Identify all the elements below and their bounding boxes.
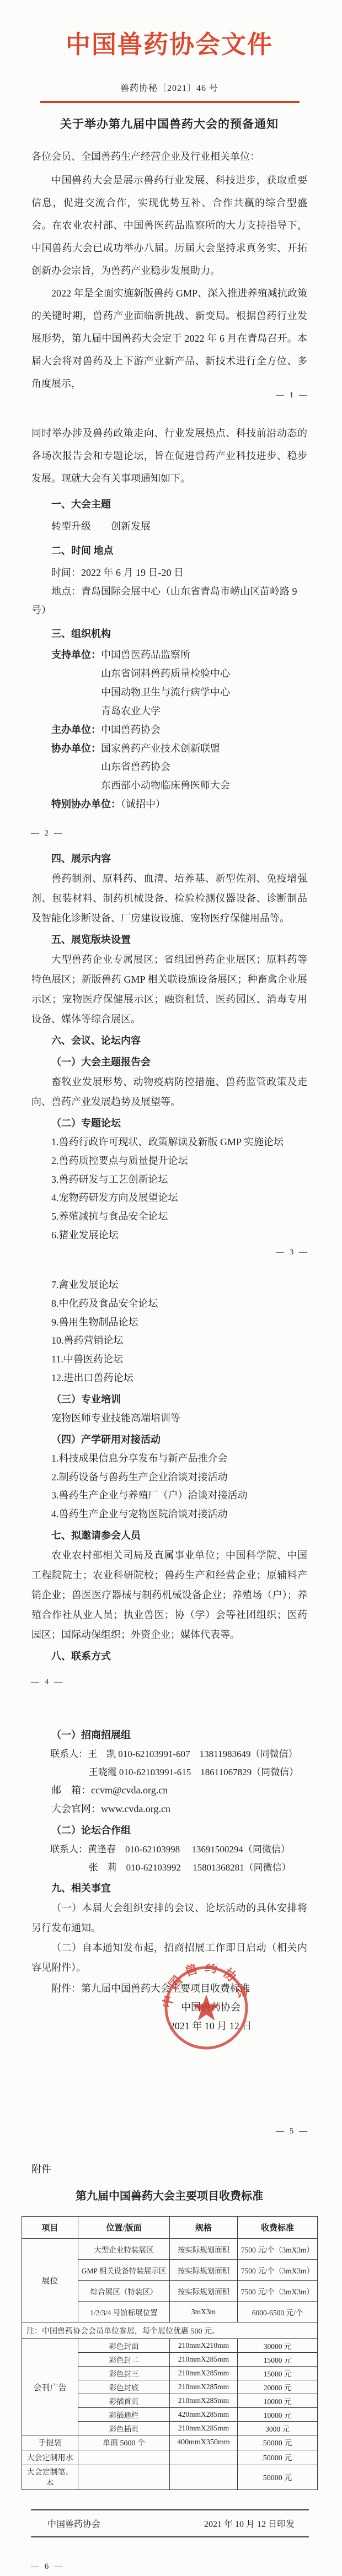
special-co-organizer-value: （诚招中） (121, 799, 165, 810)
paragraph-intro-1: 中国兽药大会是展示兽药行业发展、科技进步，获取重要信息，促进交流合作，实现优势互… (31, 169, 307, 282)
section-6-2-heading: （二）专题论坛 (31, 1113, 307, 1133)
red-divider-line (40, 101, 300, 103)
activity-item: 1.科技成果信息分享发布与新产品推介会 (31, 1449, 307, 1468)
section-6-heading: 六、会议、论坛内容 (31, 1031, 307, 1050)
issuing-org-title: 中国兽药协会文件 (31, 24, 307, 60)
table-row: 展位 大型企业特装展区 按实际规划面积 7500 元/个（3mX3m） (22, 2239, 318, 2260)
forum-item: 12.进出口兽药论坛 (31, 1369, 307, 1388)
contact-group-1-heading: （一）招商招展组 (31, 1725, 307, 1745)
table-cell: 210mmX285mm (170, 2380, 238, 2394)
section-8-heading: 八、联系方式 (31, 1646, 307, 1666)
support-unit-3: 中国动物卫生与流行病学中心 (31, 683, 307, 702)
section-7-heading: 七、拟邀请参会人员 (31, 1526, 307, 1545)
table-cell: 大会定制笔、本 (22, 2465, 78, 2490)
contact-line: 联系人：黄逢春 010-62103998 13691500294（同微信） (31, 1840, 307, 1858)
table-cell: 15000 元 (238, 2353, 318, 2367)
section-5-heading: 五、展览版块设置 (31, 930, 307, 950)
official-seal-stamp: 中国兽药协会 (162, 1964, 250, 2052)
table-cell: 15000 元 (238, 2367, 318, 2380)
page-number: — 4 — (31, 1678, 64, 1687)
contact-line: 联系人：王 凯 010-62103991-607 13811983649（同微信… (31, 1745, 307, 1763)
section-9-heading: 九、相关事宜 (31, 1878, 307, 1898)
support-unit-row: 支持单位：中国兽医药品监察所 (31, 646, 307, 665)
document-footer: 中国兽药协会 2021 年 10 月 12 日印发 (31, 2509, 309, 2537)
contact-group-2-heading: （二）论坛合作组 (31, 1820, 307, 1840)
table-cell (170, 2450, 238, 2465)
page-number: — 2 — (31, 829, 64, 838)
event-time: 时间：2022 年 6 月 19 日-20 日 (31, 564, 307, 583)
forum-item: 6.猪业发展论坛 (31, 1226, 307, 1245)
forum-item: 11.中兽医药论坛 (31, 1350, 307, 1369)
page-6: 附件 第九届中国兽药大会主要项目收费标准 项目 位置/版面 规格 收费标准 展位… (0, 2138, 342, 2576)
forum-item: 9.兽用生物制品论坛 (31, 1313, 307, 1332)
forum-item: 2.兽药质控要点与质量提升论坛 (31, 1152, 307, 1171)
table-cell: 50000 元 (238, 2435, 318, 2450)
table-cell: 7500 元/个（3mX3m） (238, 2260, 318, 2281)
table-cell: 210mmX285mm (170, 2394, 238, 2408)
section-5-text: 大型兽药企业专属展区；省组团兽药企业展区；原料药等特色展区；新版兽药 GMP 相… (31, 950, 307, 1029)
table-cell: 420mmX285mm (170, 2408, 238, 2422)
section-7-text: 农业农村部相关司局及直属事业单位；中国科学院、中国工程院院士；农业科研院校；兽药… (31, 1545, 307, 1645)
table-cell: 7500 元/个（3mX3m） (238, 2281, 318, 2302)
footer-organization: 中国兽药协会 (47, 2517, 100, 2530)
forum-item: 1.兽药行政许可现状、政策解读及新版 GMP 实施论坛 (31, 1133, 307, 1152)
table-cell: 400mmX350mm (170, 2435, 238, 2450)
page-number: — 6 — (31, 2562, 64, 2572)
co-organizer-1: 国家兽药产业技术创新联盟 (101, 743, 220, 754)
table-cell: 彩色封底 (78, 2380, 170, 2394)
paragraph-intro-2: 2022 年是全面实施新版兽药 GMP、深入推进养殖减抗政策的关键时期，兽药产业… (31, 282, 307, 395)
table-cell: GMP 相关设备特装展示区 (78, 2260, 170, 2281)
column-header: 位置/版面 (78, 2217, 170, 2239)
fee-standard-table: 项目 位置/版面 规格 收费标准 展位 大型企业特装展区 按实际规划面积 750… (22, 2216, 318, 2490)
activity-item: 3.兽药生产企业与养殖厂（户）洽谈对接活动 (31, 1486, 307, 1505)
notice-title: 关于举办第九届中国兽药大会的预备通知 (31, 115, 307, 132)
page-number: — 3 — (276, 1248, 309, 1257)
scanned-official-document: 中国兽药协会文件 兽药协秘〔2021〕46 号 关于举办第九届中国兽药大会的预备… (0, 0, 342, 2576)
table-cell: 20000 元 (238, 2380, 318, 2394)
page-number: — 5 — (276, 2127, 309, 2136)
table-cell: 按实际规划面积 (170, 2239, 238, 2260)
contact-line: 王晓霞 010-62103991-615 18611067829（同微信） (31, 1763, 307, 1781)
table-cell: 彩色封二 (78, 2353, 170, 2367)
forum-item: 3.兽药研发与工艺创新论坛 (31, 1171, 307, 1189)
support-unit-4: 青岛农业大学 (31, 702, 307, 721)
column-header: 规格 (170, 2217, 238, 2239)
forum-item: 10.兽药营销论坛 (31, 1332, 307, 1350)
forum-item: 4.宠物药研发方向及展望论坛 (31, 1189, 307, 1208)
column-header: 项目 (22, 2217, 78, 2239)
section-4-text: 兽药制剂、原料药、血清、培养基、新型佐剂、免疫增强剂、包装材料、制药机械设备、检… (31, 869, 307, 928)
host-unit: 中国兽药协会 (101, 724, 161, 735)
section-4-heading: 四、展示内容 (31, 849, 307, 869)
table-cell (78, 2450, 170, 2465)
section-6-3-heading: （三）专业培训 (31, 1389, 307, 1409)
table-cell: 3mX3m (170, 2302, 238, 2322)
support-unit-2: 山东省饲料兽药质量检验中心 (31, 665, 307, 683)
table-cell: 10000 元 (238, 2408, 318, 2422)
co-organizer-2: 山东省兽药协会 (31, 758, 307, 777)
page-3: 四、展示内容 兽药制剂、原料药、血清、培养基、新型佐剂、免疫增强剂、包装材料、制… (0, 840, 342, 1259)
section-6-1-heading: （一）大会主题报告会 (31, 1052, 307, 1072)
document-number: 兽药协秘〔2021〕46 号 (31, 81, 307, 94)
page-number: — 1 — (276, 391, 309, 400)
salutation: 各位会员、全国兽药生产经营企业及行业相关单位： (31, 147, 307, 166)
table-cell: 彩色封面 (78, 2339, 170, 2353)
support-unit-1: 中国兽医药品监察所 (101, 649, 190, 660)
table-cell: 单面 5000 个 (78, 2435, 170, 2450)
table-cell: 50000 元 (238, 2465, 318, 2490)
table-row: 手提袋 单面 5000 个 400mmX350mm 50000 元 (22, 2435, 318, 2450)
paragraph-intro-2-continued: 同时举办涉及兽药政策走向、行业发展热点、科技前沿动态的各场次报告会和专题论坛，旨… (31, 422, 307, 490)
table-cell: 按实际规划面积 (170, 2260, 238, 2281)
co-organizer-row: 协办单位：国家兽药产业技术创新联盟 (31, 740, 307, 758)
section-9-item-1: （一）本届大会组织安排的会议、论坛活动的具体安排将另行发布通知。 (31, 1898, 307, 1938)
table-cell: 7500 元/个（3mX3m） (238, 2239, 318, 2260)
section-6-3-text: 宠物医师专业技能高端培训等 (31, 1409, 307, 1428)
page-5: （一）招商招展组 联系人：王 凯 010-62103991-607 138119… (0, 1689, 342, 2138)
table-cell: 50000 元 (238, 2450, 318, 2465)
table-note-row: 注：中国兽药协会会员单位参展，每个展位优惠 500 元。 (22, 2322, 318, 2339)
table-header-row: 项目 位置/版面 规格 收费标准 (22, 2217, 318, 2239)
contact-line: 张 莉 010-62103992 15801368281（同微信） (31, 1858, 307, 1877)
table-cell: 210mmX285mm (170, 2353, 238, 2367)
forum-item: 7.禽业发展论坛 (31, 1276, 307, 1295)
attachment-title: 第九届中国兽药大会主要项目收费标准 (31, 2187, 307, 2203)
co-organizer-label: 协办单位： (51, 743, 101, 754)
table-cell: 彩色插页 (78, 2422, 170, 2435)
footer-print-date: 2021 年 10 月 12 日印发 (204, 2517, 295, 2530)
table-cell: 综合展区（特装区） (78, 2281, 170, 2302)
forum-item: 5.养殖减抗与食品安全论坛 (31, 1208, 307, 1226)
table-row: 大会定制笔、本 50000 元 (22, 2465, 318, 2490)
page-1: 中国兽药协会文件 兽药协秘〔2021〕46 号 关于举办第九届中国兽药大会的预备… (0, 0, 342, 408)
table-cell: 彩插通栏 (78, 2408, 170, 2422)
conference-website: 大会官网：www.cvda.org.cn (31, 1800, 307, 1819)
section-3-heading: 三、组织机构 (31, 624, 307, 644)
special-co-organizer-label: 特别协办单位： (51, 799, 121, 810)
table-cell: 大型企业特装展区 (78, 2239, 170, 2260)
table-cell: 6000-6500 元/个 (238, 2302, 318, 2322)
table-cell: 手提袋 (22, 2435, 78, 2450)
table-row: 会刊广告 彩色封面 210mmX210mm 30000 元 (22, 2339, 318, 2353)
section-6-4-heading: （四）产学研用对接活动 (31, 1430, 307, 1449)
page-4: 7.禽业发展论坛 8.中化药及食品安全论坛 9.兽用生物制品论坛 10.兽药营销… (0, 1259, 342, 1689)
section-6-1-text: 畜牧业发展形势、动物疫病防控措施、兽药监管政策及走向、兽药产业发展趋势及展望等。 (31, 1072, 307, 1112)
booth-group-label: 展位 (22, 2239, 78, 2322)
journal-ad-group-label: 会刊广告 (22, 2339, 78, 2435)
support-unit-label: 支持单位： (51, 649, 101, 660)
table-cell: 按实际规划面积 (170, 2281, 238, 2302)
table-cell: 210mmX285mm (170, 2422, 238, 2435)
forum-item: 8.中化药及食品安全论坛 (31, 1295, 307, 1313)
section-1-heading: 一、大会主题 (31, 494, 307, 514)
section-2-heading: 二、时间 地点 (31, 541, 307, 561)
table-cell (78, 2465, 170, 2490)
co-organizer-3: 东西部小动物临床兽医师大会 (31, 777, 307, 795)
attachment-label: 附件 (31, 2162, 307, 2176)
table-cell: 210mmX285mm (170, 2367, 238, 2380)
table-cell: 210mmX210mm (170, 2339, 238, 2353)
table-cell: 1/2/3/4 号馆标展位置 (78, 2302, 170, 2322)
table-cell (170, 2465, 238, 2490)
table-cell: 彩插首页 (78, 2394, 170, 2408)
table-cell: 彩色封三 (78, 2367, 170, 2380)
column-header: 收费标准 (238, 2217, 318, 2239)
member-discount-note: 注：中国兽药协会会员单位参展，每个展位优惠 500 元。 (22, 2322, 318, 2339)
host-unit-label: 主办单位： (51, 724, 101, 735)
activity-item: 4.兽药生产企业与宠物医院洽谈对接活动 (31, 1505, 307, 1524)
table-cell: 3000 元 (238, 2422, 318, 2435)
page-2: 同时举办涉及兽药政策走向、行业发展热点、科技前沿动态的各场次报告会和专题论坛，旨… (0, 408, 342, 840)
table-cell: 30000 元 (238, 2339, 318, 2353)
star-icon (193, 1995, 220, 2020)
special-co-organizer-row: 特别协办单位：（诚招中） (31, 795, 307, 814)
conference-theme: 转型升级 创新发展 (31, 518, 307, 536)
activity-item: 2.制药设备与兽药生产企业洽谈对接活动 (31, 1468, 307, 1487)
table-row: 大会定制用水 50000 元 (22, 2450, 318, 2465)
event-place: 地点：青岛国际会展中心（山东省青岛市崂山区苗岭路 9 号） (31, 583, 307, 620)
host-unit-row: 主办单位：中国兽药协会 (31, 721, 307, 740)
table-cell: 10000 元 (238, 2394, 318, 2408)
table-cell: 大会定制用水 (22, 2450, 78, 2465)
contact-email: 邮 箱：ccvm@cvda.org.cn (31, 1781, 307, 1800)
